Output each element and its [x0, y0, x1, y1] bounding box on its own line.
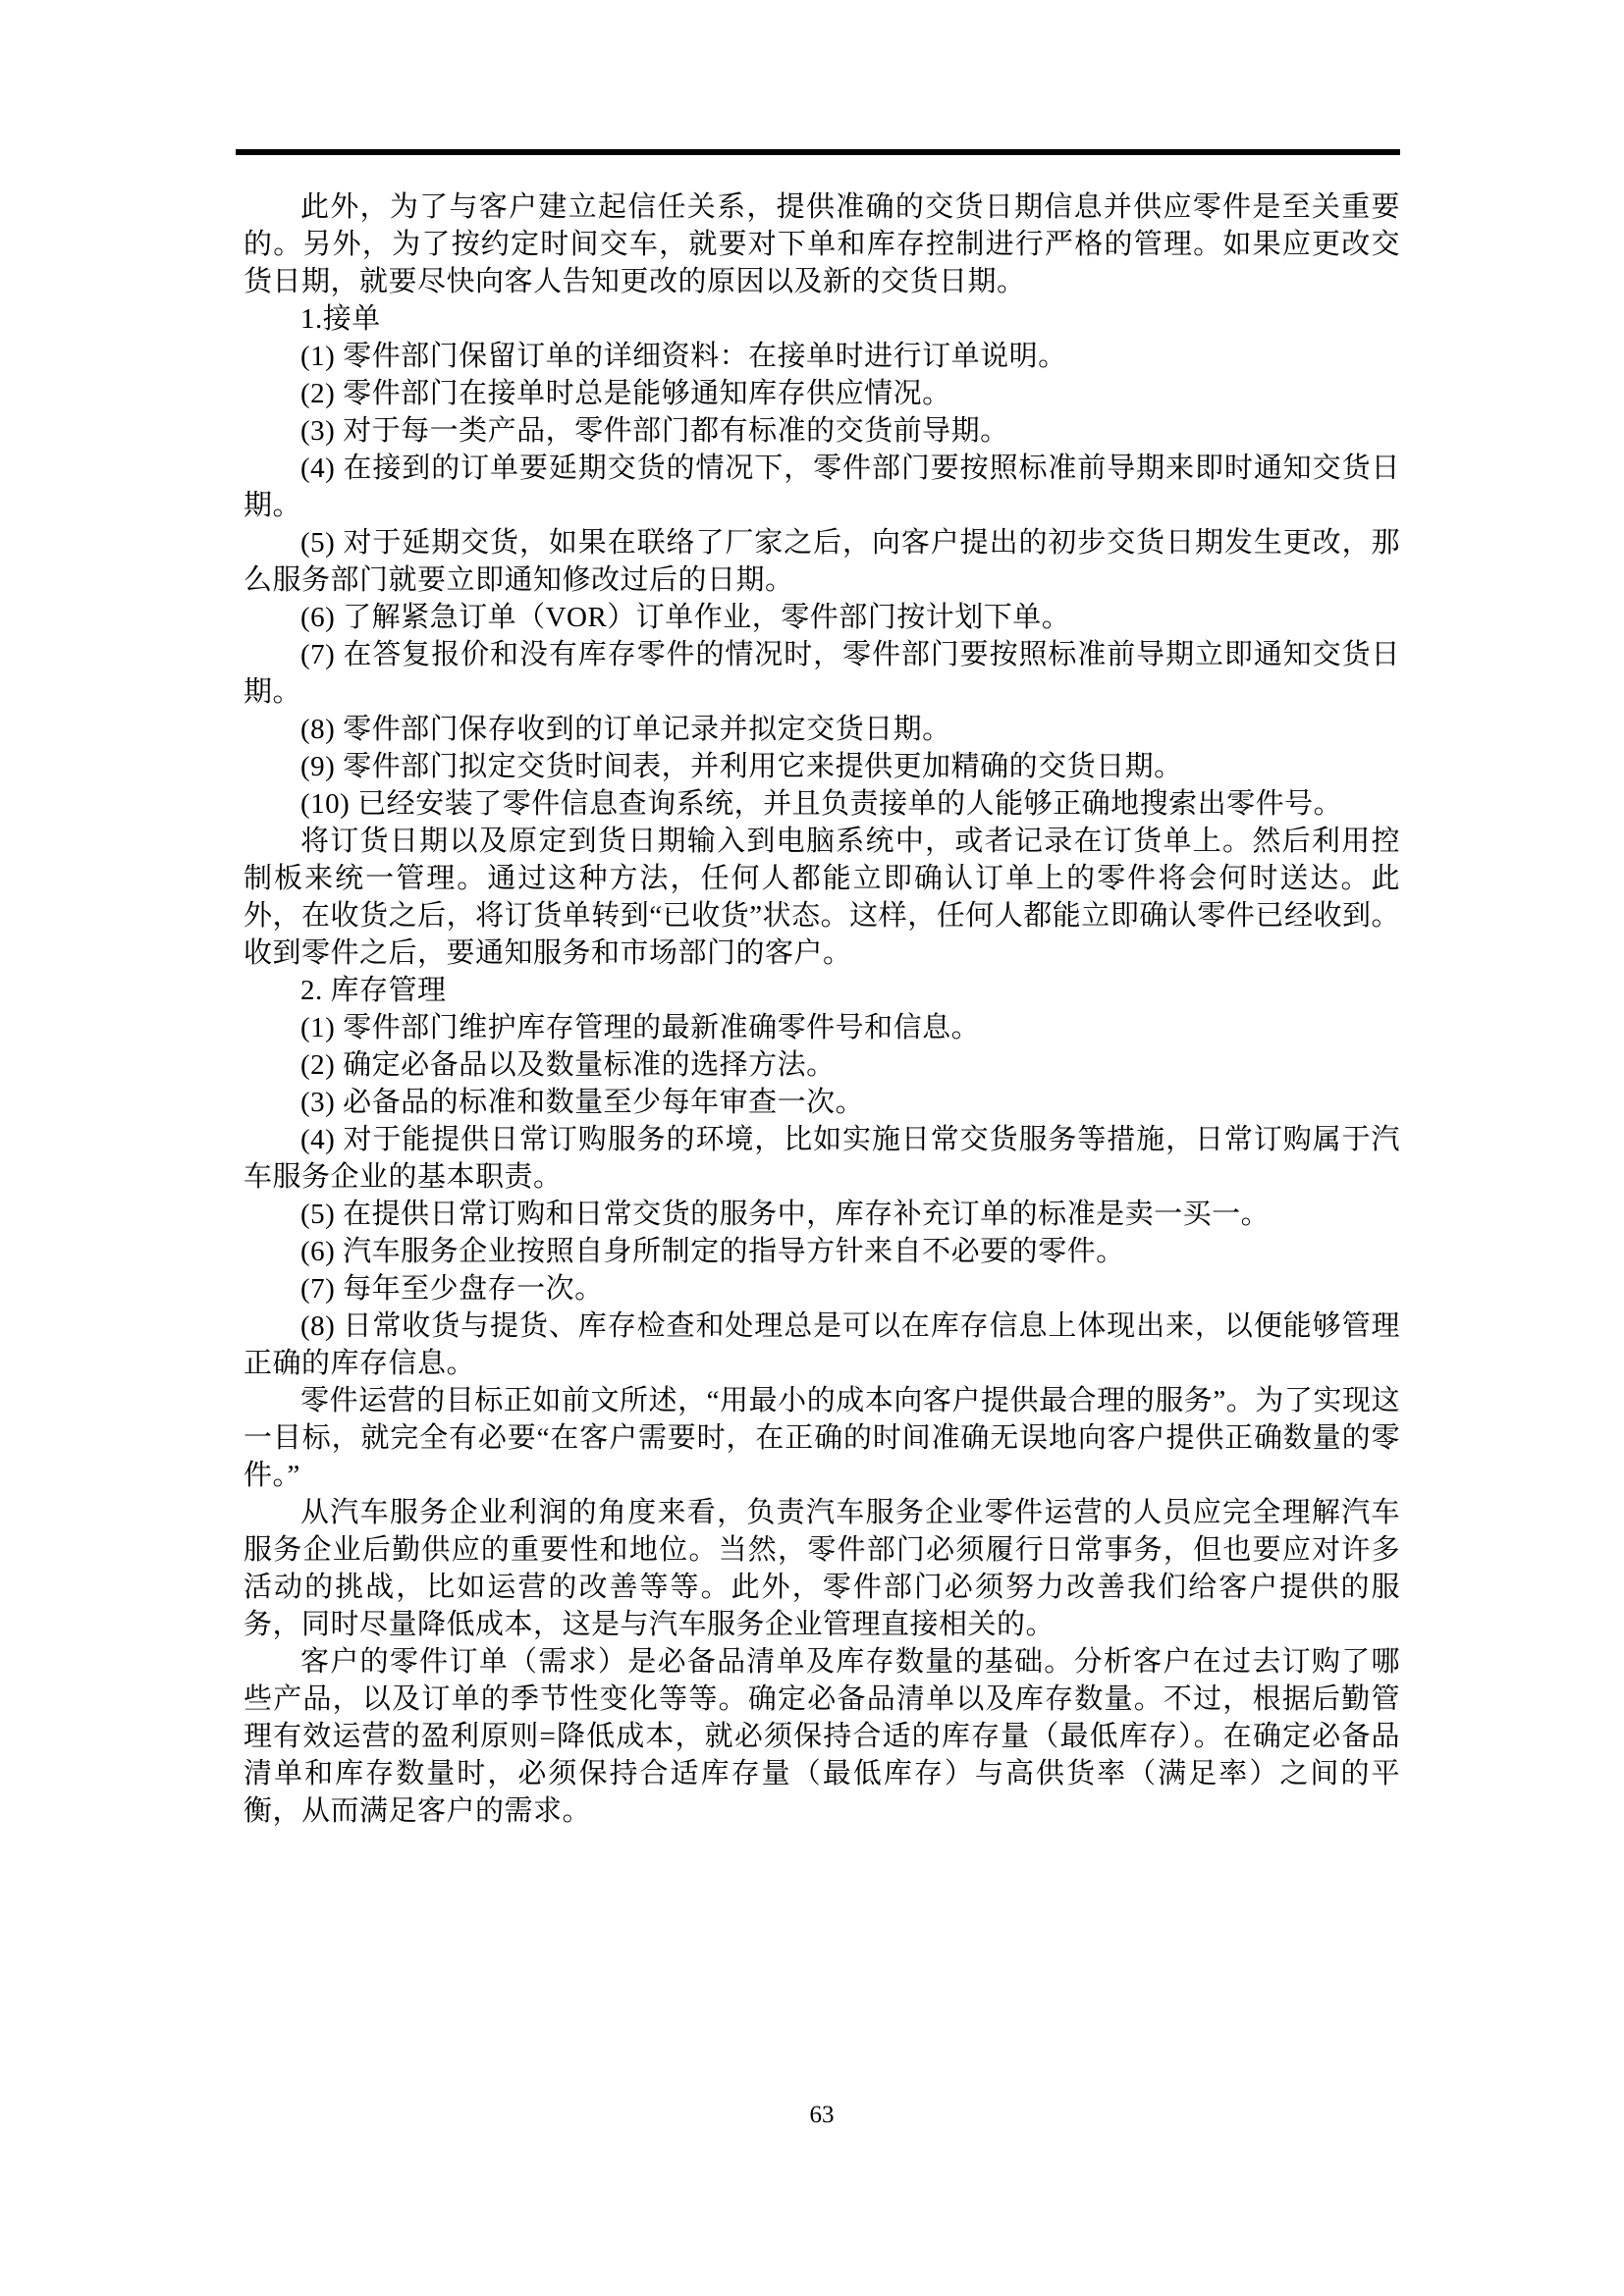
body-paragraph: 将订货日期以及原定到货日期输入到电脑系统中，或者记录在订货单上。然后利用控制板来…: [244, 823, 1400, 972]
list-item: (8) 零件部门保存收到的订单记录并拟定交货日期。: [244, 711, 1400, 748]
section-heading-1: 1.接单: [244, 300, 1400, 338]
body-paragraph: 从汽车服务企业利润的角度来看，负责汽车服务企业零件运营的人员应完全理解汽车服务企…: [244, 1494, 1400, 1643]
list-item: (2) 零件部门在接单时总是能够通知库存供应情况。: [244, 375, 1400, 412]
list-item: (2) 确定必备品以及数量标准的选择方法。: [244, 1046, 1400, 1084]
list-item: (4) 对于能提供日常订购服务的环境，比如实施日常交货服务等措施，日常订购属于汽…: [244, 1121, 1400, 1196]
list-item: (5) 在提供日常订购和日常交货的服务中，库存补充订单的标准是卖一买一。: [244, 1196, 1400, 1233]
list-item: (3) 必备品的标准和数量至少每年审查一次。: [244, 1084, 1400, 1121]
header-rule: [236, 149, 1400, 155]
list-item: (7) 每年至少盘存一次。: [244, 1270, 1400, 1308]
list-item: (6) 了解紧急订单（VOR）订单作业，零件部门按计划下单。: [244, 599, 1400, 636]
list-item: (8) 日常收货与提货、库存检查和处理总是可以在库存信息上体现出来，以便能够管理…: [244, 1308, 1400, 1382]
document-body: 此外，为了与客户建立起信任关系，提供准确的交货日期信息并供应零件是至关重要的。另…: [244, 188, 1400, 1830]
page-footer: 63: [244, 2101, 1400, 2130]
section-heading-2: 2. 库存管理: [244, 972, 1400, 1009]
list-item: (9) 零件部门拟定交货时间表，并利用它来提供更加精确的交货日期。: [244, 748, 1400, 785]
document-page: 此外，为了与客户建立起信任关系，提供准确的交货日期信息并供应零件是至关重要的。另…: [0, 0, 1624, 2296]
intro-paragraph: 此外，为了与客户建立起信任关系，提供准确的交货日期信息并供应零件是至关重要的。另…: [244, 188, 1400, 300]
page-number: 63: [810, 2102, 835, 2128]
list-item: (5) 对于延期交货，如果在联络了厂家之后，向客户提出的初步交货日期发生更改，那…: [244, 524, 1400, 599]
list-item: (7) 在答复报价和没有库存零件的情况时，零件部门要按照标准前导期立即通知交货日…: [244, 636, 1400, 711]
list-item: (6) 汽车服务企业按照自身所制定的指导方针来自不必要的零件。: [244, 1233, 1400, 1270]
list-item: (1) 零件部门保留订单的详细资料：在接单时进行订单说明。: [244, 338, 1400, 375]
list-item: (4) 在接到的订单要延期交货的情况下，零件部门要按照标准前导期来即时通知交货日…: [244, 450, 1400, 524]
body-paragraph: 零件运营的目标正如前文所述，“用最小的成本向客户提供最合理的服务”。为了实现这一…: [244, 1382, 1400, 1494]
list-item: (1) 零件部门维护库存管理的最新准确零件号和信息。: [244, 1009, 1400, 1046]
body-paragraph: 客户的零件订单（需求）是必备品清单及库存数量的基础。分析客户在过去订购了哪些产品…: [244, 1643, 1400, 1830]
list-item: (3) 对于每一类产品，零件部门都有标准的交货前导期。: [244, 412, 1400, 450]
list-item: (10) 已经安装了零件信息查询系统，并且负责接单的人能够正确地搜索出零件号。: [244, 785, 1400, 823]
